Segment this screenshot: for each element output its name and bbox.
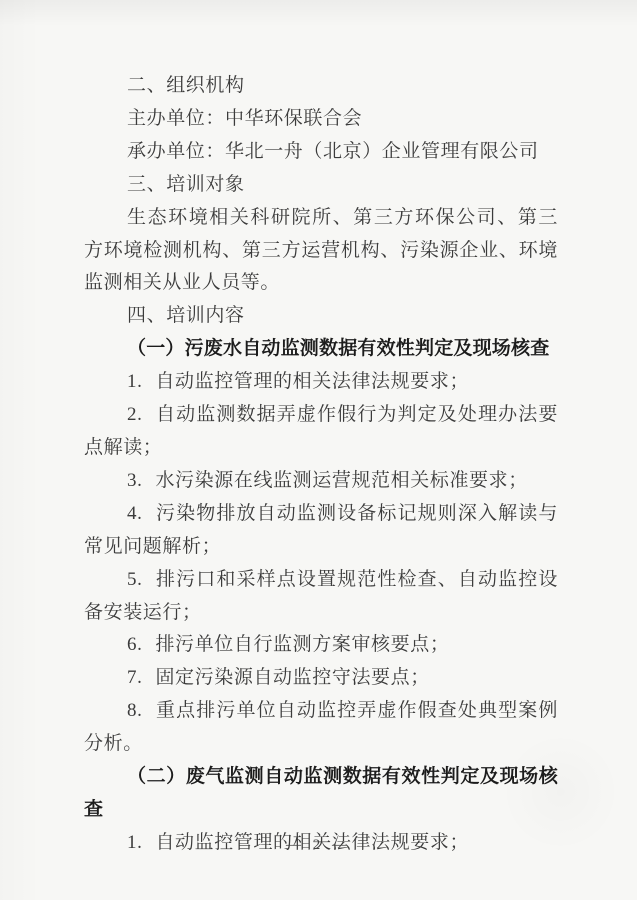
course-item: 8.重点排污单位自动监控弄虚作假查处典型案例分析。 — [84, 695, 558, 761]
course-item: 1.自动监控管理的相关法律法规要求； — [84, 366, 558, 399]
item-number: 1. — [127, 371, 142, 392]
section-heading-trainees: 三、培训对象 — [84, 169, 558, 202]
course-item: 7.固定污染源自动监控守法要点； — [84, 662, 558, 695]
item-text: 排污口和采样点设置规范性检查、自动监控设备安装运行； — [84, 569, 558, 623]
item-number: 8. — [127, 700, 142, 721]
course-item: 2.自动监测数据弄虚作假行为判定及处理办法要点解读； — [84, 399, 558, 465]
item-text: 水污染源在线监测运营规范相关标准要求； — [155, 470, 527, 491]
item-text: 自动监测数据弄虚作假行为判定及处理办法要点解读； — [84, 404, 558, 458]
trainees-paragraph: 生态环境相关科研院所、第三方环保公司、第三方环境检测机构、第三方运营机构、污染源… — [84, 202, 558, 301]
item-text: 污染物排放自动监测设备标记规则深入解读与常见问题解析； — [84, 503, 558, 557]
item-number: 5. — [127, 569, 142, 590]
section-heading-organization: 二、组织机构 — [84, 70, 558, 103]
document-page: 二、组织机构 主办单位：中华环保联合会 承办单位：华北一舟（北京）企业管理有限公… — [0, 0, 637, 900]
subsection-heading-exhaust-gas: （二）废气监测自动监测数据有效性判定及现场核查 — [84, 761, 558, 827]
course-item: 6.排污单位自行监测方案审核要点； — [84, 629, 558, 662]
course-item: 4.污染物排放自动监测设备标记规则深入解读与常见问题解析； — [84, 498, 558, 564]
document-body: 二、组织机构 主办单位：中华环保联合会 承办单位：华北一舟（北京）企业管理有限公… — [84, 70, 558, 860]
item-text: 排污单位自行监测方案审核要点； — [155, 634, 449, 655]
page-number: — 2 — — [0, 835, 637, 855]
organizer-unit-line: 承办单位：华北一舟（北京）企业管理有限公司 — [84, 136, 558, 169]
item-number: 6. — [127, 634, 142, 655]
course-item: 5.排污口和采样点设置规范性检查、自动监控设备安装运行； — [84, 564, 558, 630]
item-text: 固定污染源自动监控守法要点； — [155, 667, 429, 688]
section-heading-content: 四、培训内容 — [84, 300, 558, 333]
item-number: 7. — [127, 667, 142, 688]
course-item: 3.水污染源在线监测运营规范相关标准要求； — [84, 465, 558, 498]
item-number: 3. — [127, 470, 142, 491]
subsection-heading-wastewater: （一）污废水自动监测数据有效性判定及现场核查 — [84, 333, 558, 366]
item-number: 4. — [127, 503, 142, 524]
item-text: 自动监控管理的相关法律法规要求； — [155, 371, 469, 392]
host-unit-line: 主办单位：中华环保联合会 — [84, 103, 558, 136]
item-number: 2. — [127, 404, 142, 425]
item-text: 重点排污单位自动监控弄虚作假查处典型案例分析。 — [84, 700, 558, 754]
